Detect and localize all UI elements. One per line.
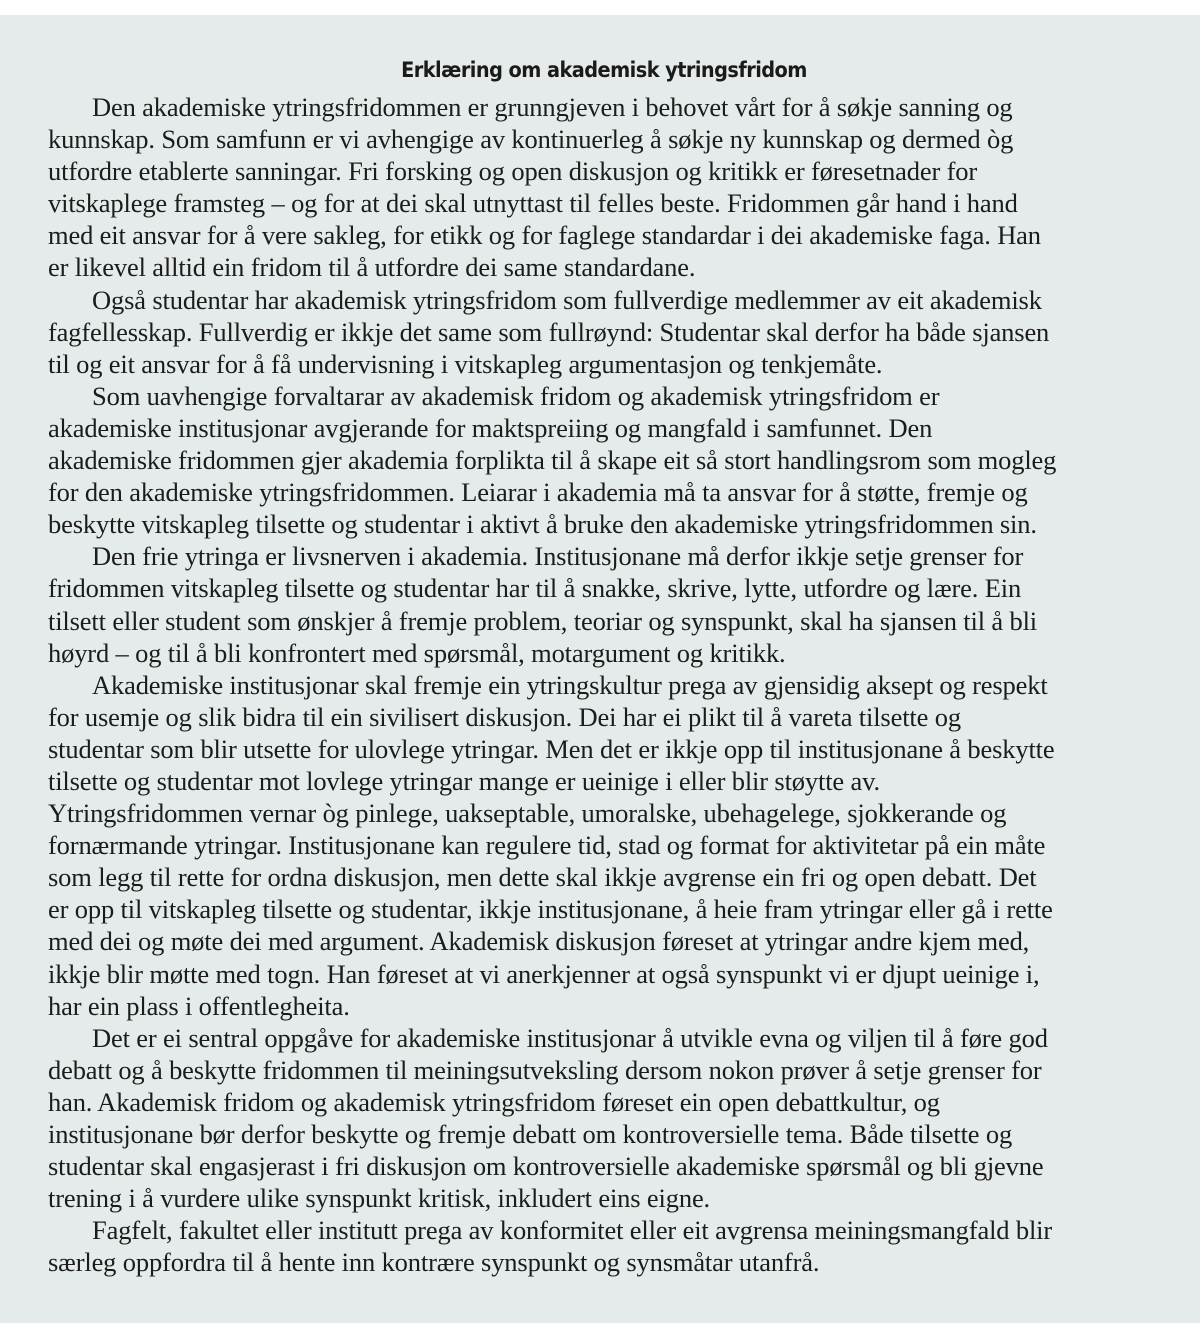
text-line: for den akademiske ytringsfridommen. Lei…	[48, 476, 1160, 508]
document-body: Den akademiske ytringsfridommen er grunn…	[48, 91, 1160, 1278]
text-line: til og eit ansvar for å få undervisning …	[48, 348, 1160, 380]
text-line: kunnskap. Som samfunn er vi avhengige av…	[48, 123, 1160, 155]
text-line: han. Akademisk fridom og akademisk ytrin…	[48, 1086, 1160, 1118]
text-line: akademiske institusjonar avgjerande for …	[48, 412, 1160, 444]
text-line: Som uavhengige forvaltarar av akademisk …	[48, 380, 1160, 412]
text-line: fridommen vitskapleg tilsette og student…	[48, 572, 1160, 604]
text-line: debatt og å beskytte fridommen til meini…	[48, 1054, 1160, 1086]
text-line: tilsette og studentar mot lovlege ytring…	[48, 765, 1160, 797]
text-line: ikkje blir møtte med togn. Han føreset a…	[48, 958, 1160, 990]
text-line: beskytte vitskapleg tilsette og studenta…	[48, 508, 1160, 540]
declaration-panel: Erklæring om akademisk ytringsfridom Den…	[0, 15, 1200, 1323]
text-line: med dei og møte dei med argument. Akadem…	[48, 925, 1160, 957]
text-line: institusjonane bør derfor beskytte og fr…	[48, 1118, 1160, 1150]
document-title: Erklæring om akademisk ytringsfridom	[92, 55, 1115, 85]
text-line: Ytringsfridommen vernar òg pinlege, uaks…	[48, 797, 1160, 829]
text-line: med eit ansvar for å vere sakleg, for et…	[48, 219, 1160, 251]
text-line: vitskaplege framsteg – og for at dei ska…	[48, 187, 1160, 219]
text-line: utfordre etablerte sanningar. Fri forski…	[48, 155, 1160, 187]
text-line: fornærmande ytringar. Institusjonane kan…	[48, 829, 1160, 861]
text-line: Også studentar har akademisk ytringsfrid…	[48, 284, 1160, 316]
text-line: Akademiske institusjonar skal fremje ein…	[48, 669, 1160, 701]
paragraph: Den akademiske ytringsfridommen er grunn…	[48, 91, 1160, 284]
text-line: studentar skal engasjerast i fri diskusj…	[48, 1150, 1160, 1182]
text-line: høyrd – og til å bli konfrontert med spø…	[48, 637, 1160, 669]
text-line: Den frie ytringa er livsnerven i akademi…	[48, 540, 1160, 572]
text-line: studentar som blir utsette for ulovlege …	[48, 733, 1160, 765]
text-line: Fagfelt, fakultet eller institutt prega …	[48, 1214, 1160, 1246]
paragraph: Det er ei sentral oppgåve for akademiske…	[48, 1022, 1160, 1215]
text-line: tilsett eller student som ønskjer å frem…	[48, 605, 1160, 637]
text-line: fagfellesskap. Fullverdig er ikkje det s…	[48, 316, 1160, 348]
text-line: er likevel alltid ein fridom til å utfor…	[48, 251, 1160, 283]
text-line: er opp til vitskapleg tilsette og studen…	[48, 893, 1160, 925]
text-line: har ein plass i offentlegheita.	[48, 990, 1160, 1022]
paragraph: Akademiske institusjonar skal fremje ein…	[48, 669, 1160, 1022]
paragraph: Den frie ytringa er livsnerven i akademi…	[48, 540, 1160, 668]
text-line: for usemje og slik bidra til ein sivilis…	[48, 701, 1160, 733]
paragraph: Som uavhengige forvaltarar av akademisk …	[48, 380, 1160, 540]
paragraph: Også studentar har akademisk ytringsfrid…	[48, 284, 1160, 380]
text-line: akademiske fridommen gjer akademia forpl…	[48, 444, 1160, 476]
text-line: særleg oppfordra til å hente inn kontrær…	[48, 1246, 1160, 1278]
text-line: Den akademiske ytringsfridommen er grunn…	[48, 91, 1160, 123]
text-line: trening i å vurdere ulike synspunkt krit…	[48, 1182, 1160, 1214]
text-line: som legg til rette for ordna diskusjon, …	[48, 861, 1160, 893]
paragraph: Fagfelt, fakultet eller institutt prega …	[48, 1214, 1160, 1278]
text-line: Det er ei sentral oppgåve for akademiske…	[48, 1022, 1160, 1054]
